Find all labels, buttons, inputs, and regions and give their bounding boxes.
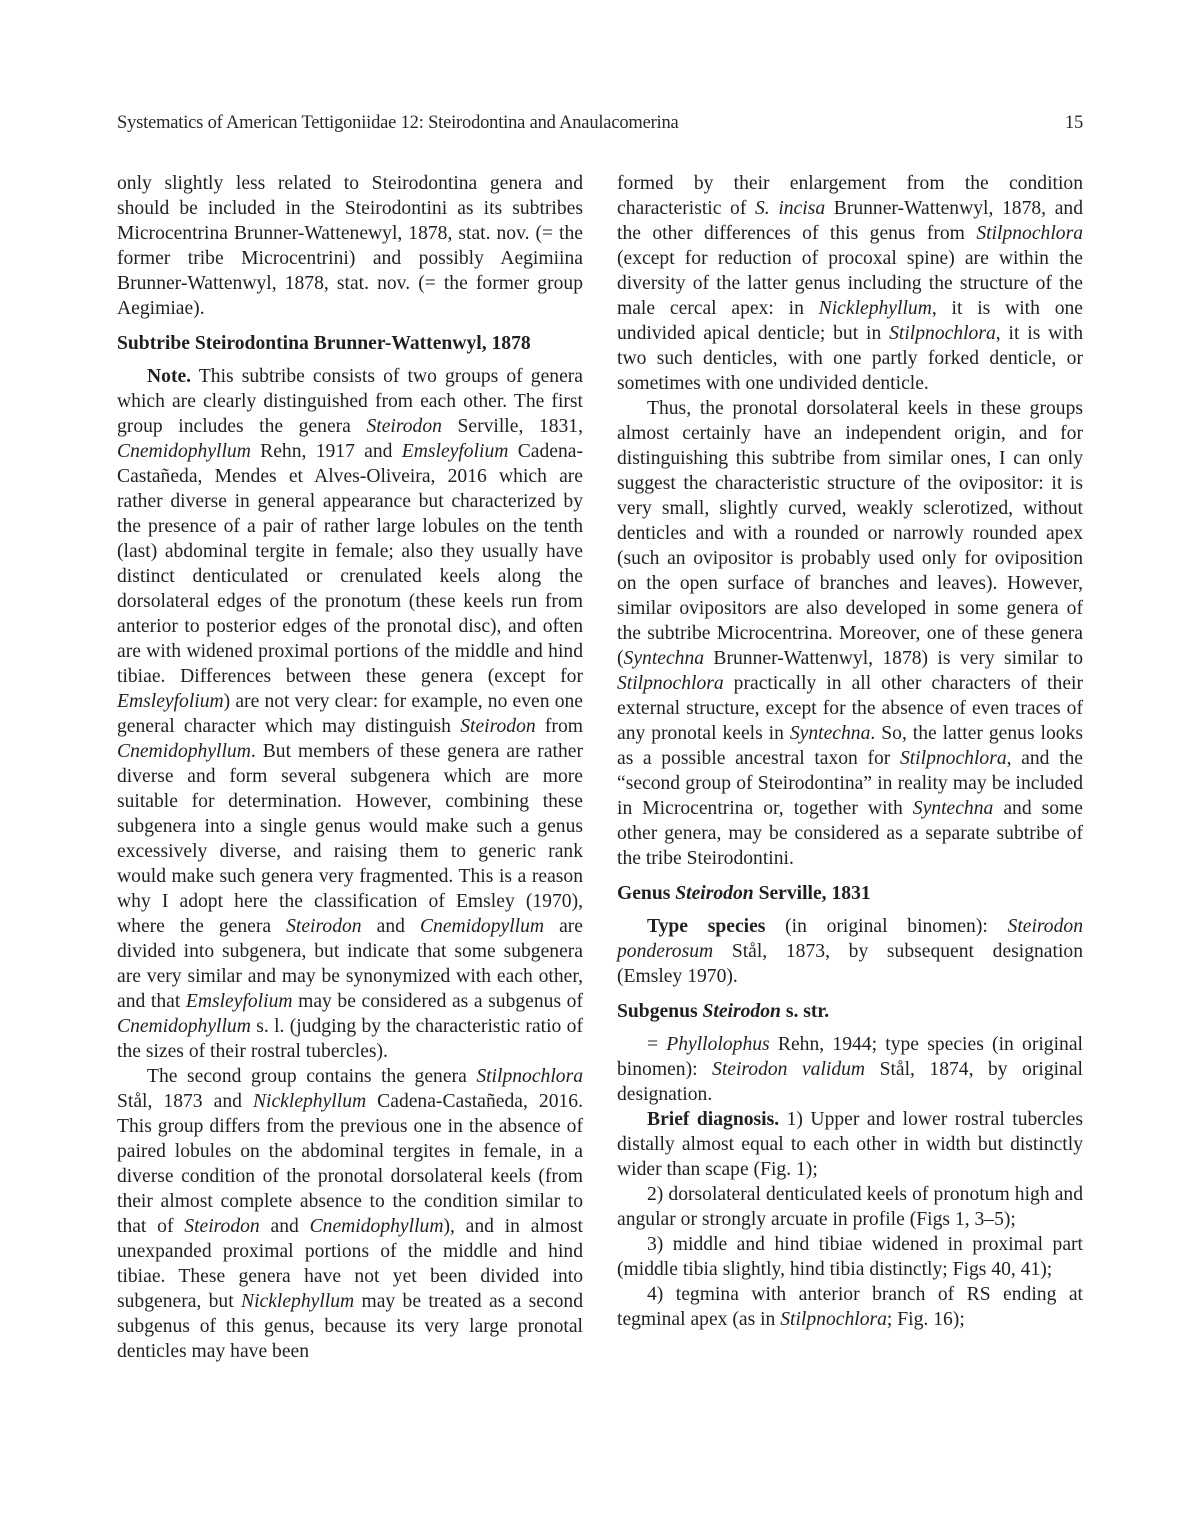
paragraph-second-group: The second group contains the genera Sti… [117, 1064, 583, 1364]
taxon-name: Cnemidopyllum [420, 916, 544, 937]
taxon-name: Nicklephyllum [819, 298, 932, 319]
taxon-name: Cnemidophyllum [117, 741, 251, 762]
heading-subtribe-steirodontina: Subtribe Steirodontina Brunner-Wattenwyl… [117, 331, 583, 356]
note-label: Note. [147, 366, 191, 387]
taxon-name: Steirodon [286, 916, 361, 937]
taxon-name: Stilpnochlora [617, 673, 724, 694]
taxon-name: Steirodon validum [712, 1059, 865, 1080]
taxon-name: Emsleyfolium [402, 441, 509, 462]
taxon-name: Syntechna [790, 723, 871, 744]
diagnosis-item-1: Brief diagnosis. 1) Upper and lower rost… [617, 1107, 1083, 1182]
running-head: Systematics of American Tettigoniidae 12… [117, 113, 1083, 134]
paragraph-synonym: = Phyllolophus Rehn, 1944; type species … [617, 1032, 1083, 1107]
taxon-name: S. incisa [755, 198, 825, 219]
diagnosis-item-3: 3) middle and hind tibiae widened in pro… [617, 1232, 1083, 1282]
taxon-name: Steirodon [366, 416, 441, 437]
heading-genus-steirodon: Genus Steirodon Serville, 1831 [617, 881, 1083, 906]
paragraph-thus: Thus, the pronotal dorsolateral keels in… [617, 396, 1083, 871]
taxon-name: Emsleyfolium [117, 691, 224, 712]
taxon-name: Stilpnochlora [900, 748, 1007, 769]
paragraph-note: Note. This subtribe consists of two grou… [117, 364, 583, 1064]
taxon-name: Emsleyfolium [186, 991, 293, 1012]
taxon-name: Nicklephyllum [253, 1091, 366, 1112]
taxon-name: Phyllolophus [666, 1034, 769, 1055]
taxon-name: Steirodon [460, 716, 535, 737]
diagnosis-label: Brief diagnosis. [647, 1109, 779, 1130]
taxon-name: Stilpnochlora [780, 1309, 887, 1330]
right-column: formed by their enlargement from the con… [617, 171, 1083, 1332]
diagnosis-item-2: 2) dorsolateral denticulated keels of pr… [617, 1182, 1083, 1232]
taxon-name: Steirodon [184, 1216, 259, 1237]
taxon-name: Stilpnochlora [476, 1066, 583, 1087]
taxon-name: Cnemidophyllum [310, 1216, 444, 1237]
taxon-name: Cnemidophyllum [117, 1016, 251, 1037]
diagnosis-item-4: 4) tegmina with anterior branch of RS en… [617, 1282, 1083, 1332]
taxon-name: Stilpnochlora [976, 223, 1083, 244]
taxon-name: Stilpnochlora [889, 323, 996, 344]
left-column: only slightly less related to Steirodont… [117, 171, 583, 1364]
paragraph-continuation: formed by their enlargement from the con… [617, 171, 1083, 396]
type-species-label: Type species [647, 916, 765, 937]
taxon-name: Syntechna [624, 648, 705, 669]
taxon-name: Nicklephyllum [241, 1291, 354, 1312]
heading-subgenus-steirodon: Subgenus Steirodon s. str. [617, 999, 1083, 1024]
taxon-name: Cnemidophyllum [117, 441, 251, 462]
paragraph-continuation: only slightly less related to Steirodont… [117, 171, 583, 321]
running-title: Systematics of American Tettigoniidae 12… [117, 113, 679, 134]
page-number: 15 [1065, 113, 1083, 134]
paragraph-type-species: Type species (in original binomen): Stei… [617, 914, 1083, 989]
taxon-name: Syntechna [913, 798, 994, 819]
